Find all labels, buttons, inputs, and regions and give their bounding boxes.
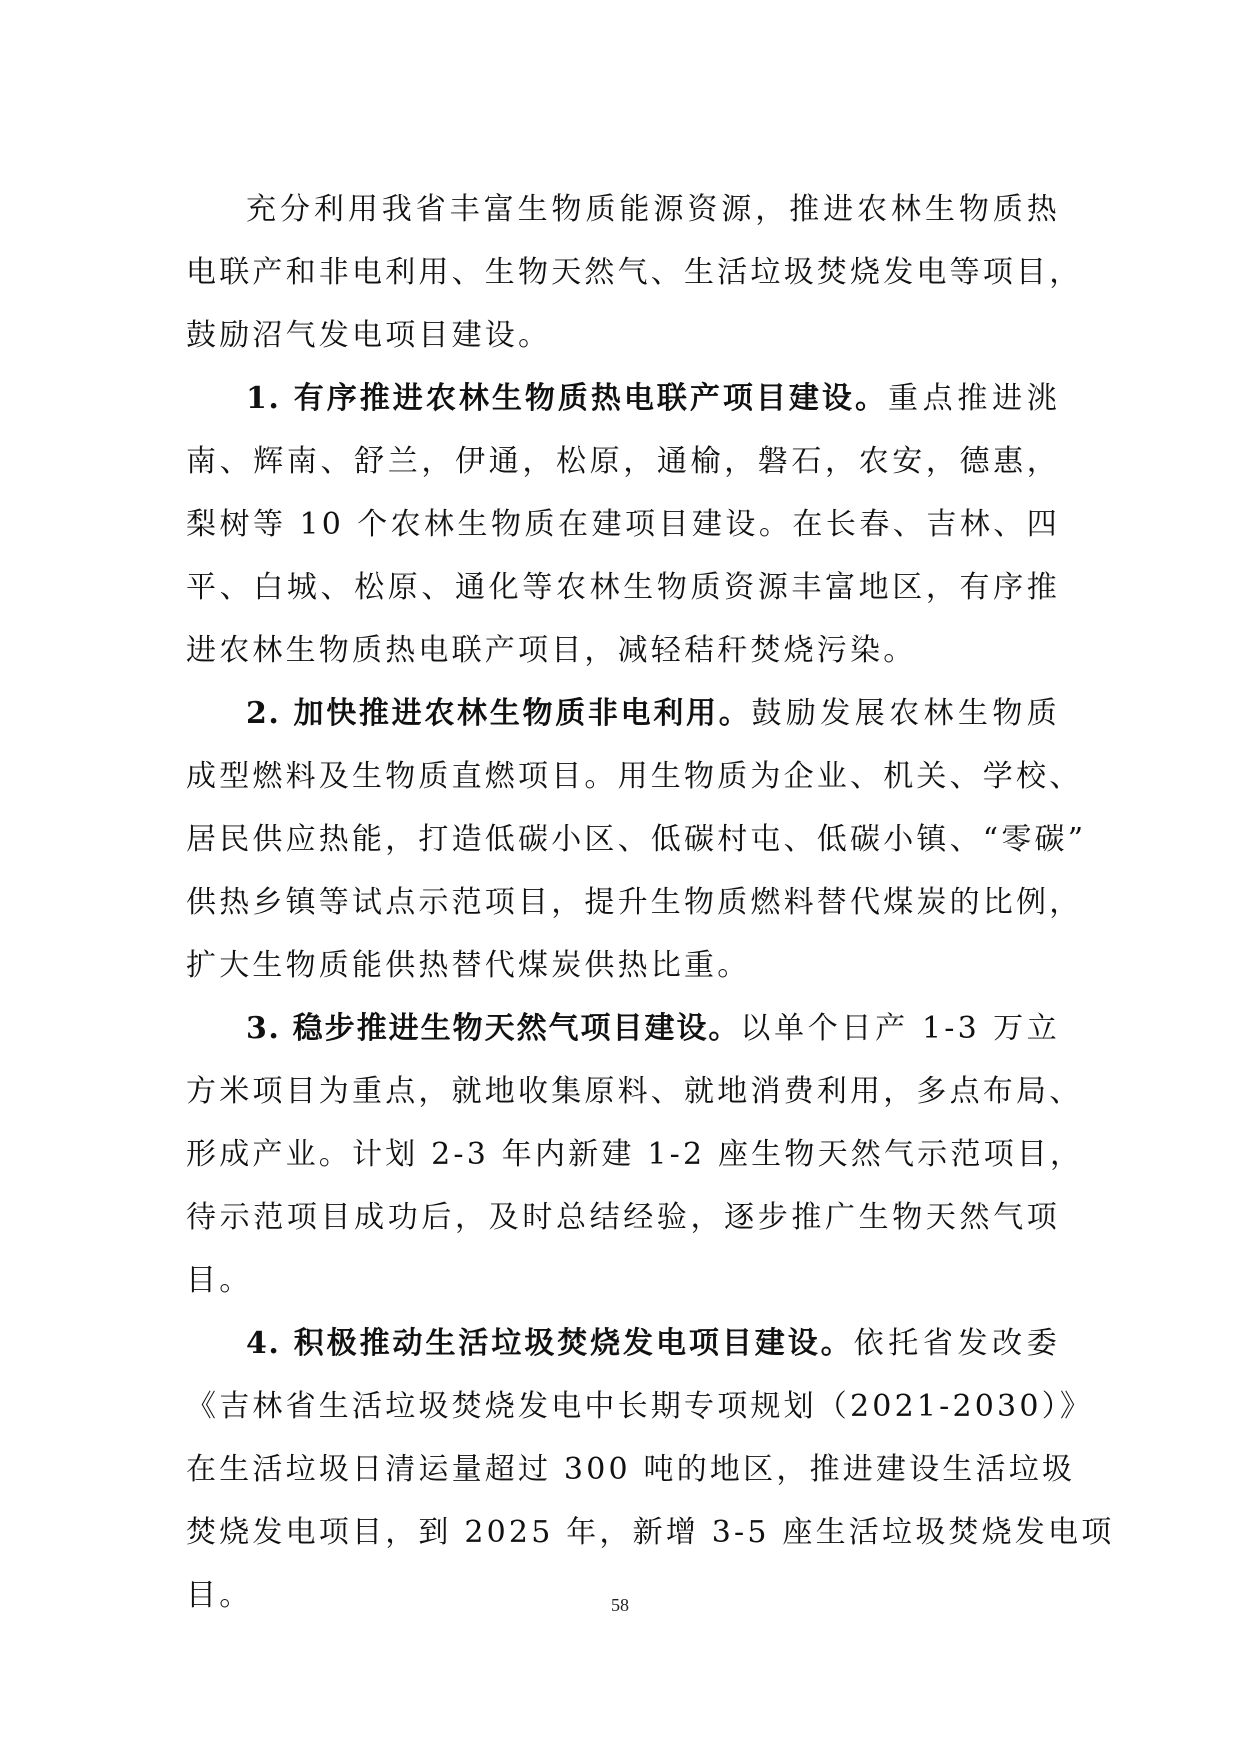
paragraph-intro: 充分利用我省丰富生物质能源资源，推进农林生物质热 电联产和非电利用、生物天然气、…	[186, 178, 1060, 367]
document-page: 充分利用我省丰富生物质能源资源，推进农林生物质热 电联产和非电利用、生物天然气、…	[0, 0, 1240, 1754]
text-line: 4. 积极推动生活垃圾焚烧发电项目建设。依托省发改委	[186, 1312, 1060, 1375]
text-run: 依托省发改委	[854, 1326, 1060, 1361]
paragraph-item-2: 2. 加快推进农林生物质非电利用。鼓励发展农林生物质 成型燃料及生物质直燃项目。…	[186, 682, 1060, 997]
text-line: 平、白城、松原、通化等农林生物质资源丰富地区，有序推	[186, 556, 1060, 619]
text-line: 目。	[186, 1249, 1060, 1312]
page-number: 58	[0, 1595, 1240, 1616]
section-heading: 4. 积极推动生活垃圾焚烧发电项目建设。	[246, 1326, 854, 1361]
text-line: 1. 有序推进农林生物质热电联产项目建设。重点推进洮	[186, 367, 1060, 430]
text-line: 《吉林省生活垃圾焚烧发电中长期专项规划（2021-2030）》	[186, 1375, 1060, 1438]
text-line: 焚烧发电项目，到 2025 年，新增 3-5 座生活垃圾焚烧发电项	[186, 1501, 1060, 1564]
text-line: 充分利用我省丰富生物质能源资源，推进农林生物质热	[186, 178, 1060, 241]
text-line: 供热乡镇等试点示范项目，提升生物质燃料替代煤炭的比例，	[186, 871, 1060, 934]
text-line: 鼓励沼气发电项目建设。	[186, 304, 1060, 367]
text-line: 3. 稳步推进生物天然气项目建设。以单个日产 1-3 万立	[186, 997, 1060, 1060]
section-heading: 1. 有序推进农林生物质热电联产项目建设。	[246, 381, 888, 416]
text-line: 2. 加快推进农林生物质非电利用。鼓励发展农林生物质	[186, 682, 1060, 745]
text-run: 重点推进洮	[888, 381, 1060, 416]
text-line: 成型燃料及生物质直燃项目。用生物质为企业、机关、学校、	[186, 745, 1060, 808]
text-run: 鼓励发展农林生物质	[751, 696, 1060, 731]
text-line: 形成产业。计划 2-3 年内新建 1-2 座生物天然气示范项目，	[186, 1123, 1060, 1186]
section-heading: 2. 加快推进农林生物质非电利用。	[246, 696, 751, 731]
text-line: 电联产和非电利用、生物天然气、生活垃圾焚烧发电等项目，	[186, 241, 1060, 304]
text-line: 进农林生物质热电联产项目，减轻秸秆焚烧污染。	[186, 619, 1060, 682]
text-line: 方米项目为重点，就地收集原料、就地消费利用，多点布局、	[186, 1060, 1060, 1123]
text-line: 在生活垃圾日清运量超过 300 吨的地区，推进建设生活垃圾	[186, 1438, 1060, 1501]
section-heading: 3. 稳步推进生物天然气项目建设。	[246, 1011, 740, 1046]
paragraph-item-4: 4. 积极推动生活垃圾焚烧发电项目建设。依托省发改委 《吉林省生活垃圾焚烧发电中…	[186, 1312, 1060, 1627]
document-body: 充分利用我省丰富生物质能源资源，推进农林生物质热 电联产和非电利用、生物天然气、…	[186, 178, 1060, 1627]
text-run: 以单个日产 1-3 万立	[740, 1011, 1060, 1046]
paragraph-item-1: 1. 有序推进农林生物质热电联产项目建设。重点推进洮 南、辉南、舒兰，伊通，松原…	[186, 367, 1060, 682]
text-line: 扩大生物质能供热替代煤炭供热比重。	[186, 934, 1060, 997]
text-line: 南、辉南、舒兰，伊通，松原，通榆，磐石，农安，德惠，	[186, 430, 1060, 493]
text-line: 待示范项目成功后，及时总结经验，逐步推广生物天然气项	[186, 1186, 1060, 1249]
text-line: 梨树等 10 个农林生物质在建项目建设。在长春、吉林、四	[186, 493, 1060, 556]
paragraph-item-3: 3. 稳步推进生物天然气项目建设。以单个日产 1-3 万立 方米项目为重点，就地…	[186, 997, 1060, 1312]
text-line: 居民供应热能，打造低碳小区、低碳村屯、低碳小镇、“零碳”	[186, 808, 1060, 871]
